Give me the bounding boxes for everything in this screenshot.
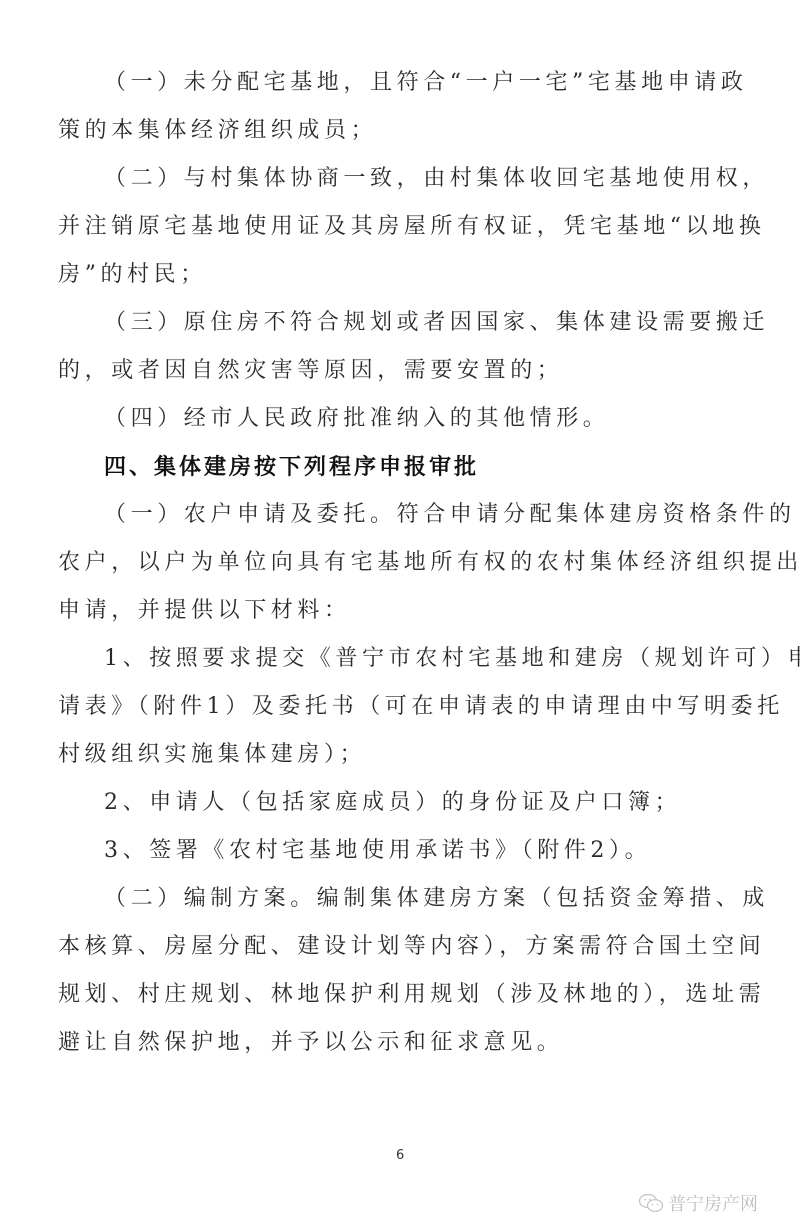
text-line: 2、申请人（包括家庭成员）的身份证及户口簿； xyxy=(104,788,800,818)
text-line: 策的本集体经济组织成员； xyxy=(58,116,758,146)
text-line: （三）原住房不符合规划或者因国家、集体建设需要搬迁 xyxy=(104,308,800,338)
text-line: 房”的村民； xyxy=(58,260,758,290)
text-line: （二）与村集体协商一致，由村集体收回宅基地使用权， xyxy=(104,164,800,194)
text-line: 避让自然保护地，并予以公示和征求意见。 xyxy=(58,1028,758,1058)
text-line: 请表》（附件1）及委托书（可在申请表的申请理由中写明委托 xyxy=(58,692,758,722)
text-line: （一）农户申请及委托。符合申请分配集体建房资格条件的 xyxy=(104,500,800,530)
text-line: 本核算、房屋分配、建设计划等内容），方案需符合国土空间 xyxy=(58,932,758,962)
text-line: 村级组织实施集体建房）； xyxy=(58,740,758,770)
text-line: 的，或者因自然灾害等原因，需要安置的； xyxy=(58,356,758,386)
text-line: 农户，以户为单位向具有宅基地所有权的农村集体经济组织提出 xyxy=(58,548,758,578)
text-line: （四）经市人民政府批准纳入的其他情形。 xyxy=(104,404,800,434)
watermark: 普宁房产网 xyxy=(638,1190,758,1216)
text-line: （一）未分配宅基地，且符合“一户一宅”宅基地申请政 xyxy=(104,68,800,98)
text-line: 规划、村庄规划、林地保护利用规划（涉及林地的），选址需 xyxy=(58,980,758,1010)
page-number: 6 xyxy=(396,1148,404,1163)
watermark-label: 普宁房产网 xyxy=(668,1190,758,1216)
text-line: 3、签署《农村宅基地使用承诺书》（附件2）。 xyxy=(104,836,800,866)
wechat-icon xyxy=(638,1193,664,1213)
text-line: （二）编制方案。编制集体建房方案（包括资金筹措、成 xyxy=(104,884,800,914)
text-line: 申请，并提供以下材料： xyxy=(58,596,758,626)
section-heading: 四、集体建房按下列程序申报审批 xyxy=(104,452,800,482)
text-line: 并注销原宅基地使用证及其房屋所有权证，凭宅基地“以地换 xyxy=(58,212,758,242)
document-page: （一）未分配宅基地，且符合“一户一宅”宅基地申请政策的本集体经济组织成员；（二）… xyxy=(0,0,800,1226)
text-line: 1、按照要求提交《普宁市农村宅基地和建房（规划许可）申 xyxy=(104,644,800,674)
